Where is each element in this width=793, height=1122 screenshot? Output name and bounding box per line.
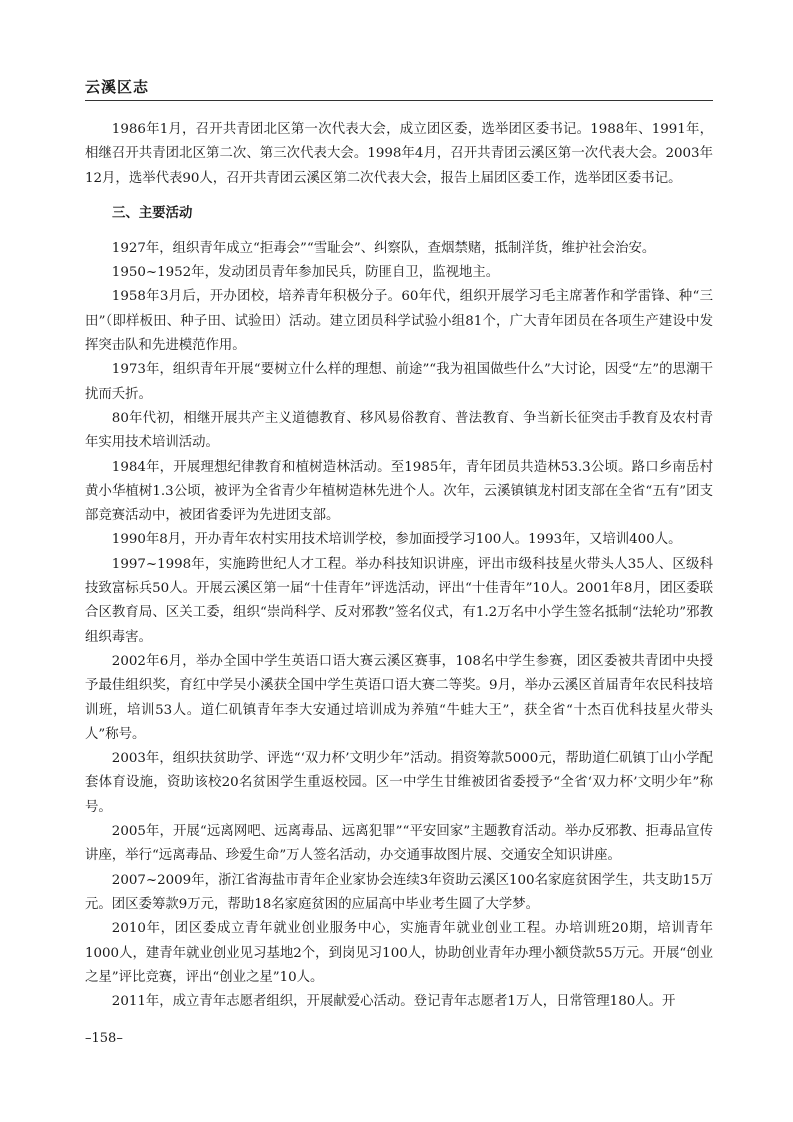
paragraph: 1958年3月后，开办团校，培养青年积极分子。60年代，组织开展学习毛主席著作和… (85, 285, 713, 358)
header-rule (85, 100, 713, 101)
paragraph: 1927年，组织青年成立“拒毒会”“雪耻会”、纠察队，查烟禁赌，抵制洋货，维护社… (85, 237, 713, 261)
page-body: 1986年1月，召开共青团北区第一次代表大会，成立团区委，选举团区委书记。198… (85, 118, 713, 1014)
section-heading: 三、主要活动 (85, 202, 713, 226)
paragraph: 2003年，组织扶贫助学、评选“‘双力杯’文明少年”活动。捐资筹款5000元，帮… (85, 747, 713, 820)
running-head-title: 云溪区志 (85, 76, 149, 97)
paragraph: 1973年，组织青年开展“要树立什么样的理想、前途”“我为祖国做些什么”大讨论，… (85, 358, 713, 407)
paragraph: 2010年，团区委成立青年就业创业服务中心，实施青年就业创业工程。办培训班20期… (85, 917, 713, 990)
paragraph: 2011年，成立青年志愿者组织，开展献爱心活动。登记青年志愿者1万人，日常管理1… (85, 990, 713, 1014)
paragraph: 80年代初，相继开展共产主义道德教育、移风易俗教育、普法教育、争当新长征突击手教… (85, 407, 713, 456)
paragraph: 2002年6月，举办全国中学生英语口语大赛云溪区赛事，108名中学生参赛，团区委… (85, 650, 713, 747)
paragraph: 1986年1月，召开共青团北区第一次代表大会，成立团区委，选举团区委书记。198… (85, 118, 713, 191)
page-number: –158– (85, 1031, 123, 1046)
paragraph: 1990年8月，开办青年农村实用技术培训学校，参加面授学习100人。1993年，… (85, 528, 713, 552)
paragraph: 2005年，开展“远离网吧、远离毒品、远离犯罪”“平安回家”主题教育活动。举办反… (85, 820, 713, 869)
paragraph: 1984年，开展理想纪律教育和植树造林活动。至1985年，青年团员共造林53.3… (85, 456, 713, 529)
paragraph: 2007~2009年，浙江省海盐市青年企业家协会连续3年资助云溪区100名家庭贫… (85, 869, 713, 918)
paragraph: 1950~1952年，发动团员青年参加民兵，防匪自卫，监视地主。 (85, 261, 713, 285)
paragraph: 1997~1998年，实施跨世纪人才工程。举办科技知识讲座，评出市级科技星火带头… (85, 553, 713, 650)
